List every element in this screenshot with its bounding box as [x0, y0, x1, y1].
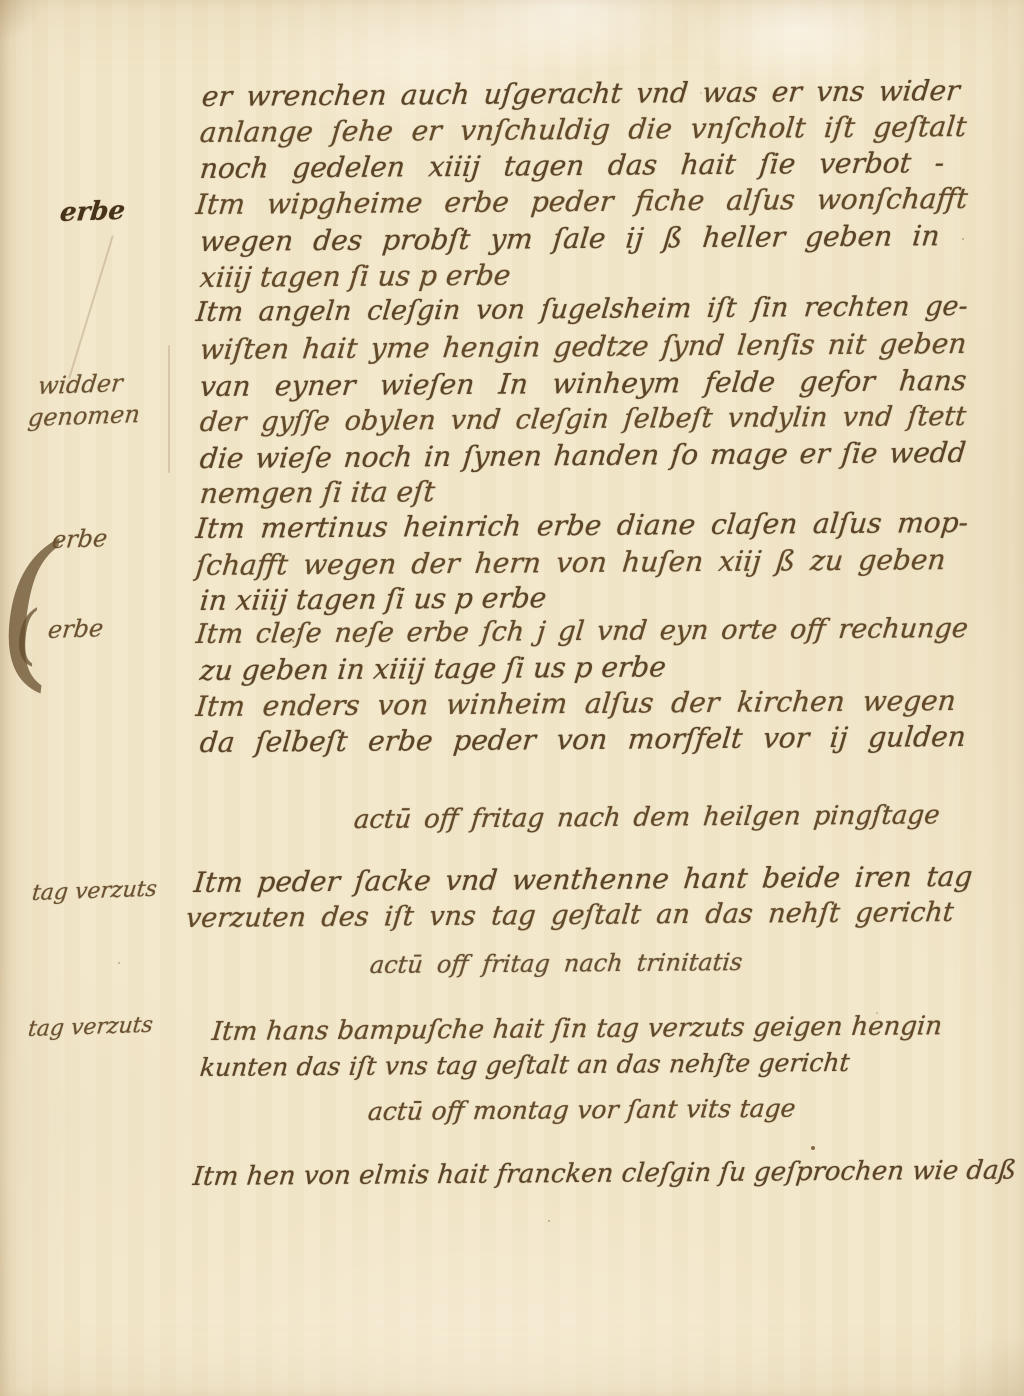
body-text-line: Itm peder ſacke vnd wenthenne hant beide… [193, 862, 974, 899]
body-text-line: Itm wipgheime erbe peder fiche alſus won… [195, 184, 970, 221]
body-text-line: noch gedelen xiiij tagen das hait ſie ve… [199, 148, 946, 185]
margin-note: erbe [51, 526, 109, 553]
body-text-line: Itm angeln cleſgin von ſugelsheim iſt ſi… [195, 292, 970, 328]
body-text-line: verzuten des iſt vns tag geſtalt an das … [185, 898, 956, 934]
body-text-line: wegen des probſt ym ſale ij ß heller geb… [199, 221, 941, 258]
margin-note: tag verzuts [31, 878, 158, 906]
margin-note: erbe [47, 616, 105, 643]
actum-date-line: actū off montag vor ſant vits tage [367, 1095, 797, 1126]
body-text-line: der gyſſe obylen vnd cleſgin ſelbeſt vnd… [199, 402, 968, 438]
body-text-line: ſchafft wegen der hern von huſen xiij ß … [195, 545, 948, 582]
body-text-line: da ſelbeſt erbe peder von morſfelt vor i… [199, 722, 968, 759]
actum-date-line: actū off fritag nach trinitatis [369, 949, 744, 978]
body-text-line: Itm cleſe neſe erbe ſch j gl vnd eyn ort… [195, 614, 970, 650]
body-text-line: in xiiij tagen ſi us p erbe [199, 583, 548, 617]
body-text-line: er wrenchen auch uſgeracht vnd was er vn… [201, 76, 962, 113]
body-text-line: xiiij tagen ſi us p erbe [199, 261, 512, 294]
body-text-line: wiſten hait yme hengin gedtze ſynd lenſi… [199, 329, 968, 366]
margin-note: widder [37, 371, 124, 399]
body-text-line: die wieſe noch in ſynen handen ſo mage e… [199, 438, 968, 475]
body-text-line: anlange ſehe er vnſchuldig die vnſcholt … [199, 112, 968, 149]
manuscript-scan: ( ( erbewiddergenomenerbeerbetag verzuts… [0, 0, 1024, 1396]
body-text-line: Itm enders von winheim alſus der kirchen… [195, 686, 958, 723]
margin-note: genomen [27, 402, 141, 431]
margin-note: erbe [59, 198, 127, 228]
body-text-line: Itm mertinus heinrich erbe diane claſen … [195, 508, 970, 545]
margin-note: tag verzuts [27, 1014, 154, 1042]
actum-date-line: actū off fritag nach dem heilgen pingſta… [353, 801, 941, 834]
body-text-line: van eyner wieſen In winheym felde gefor … [199, 366, 968, 403]
body-text-line: zu geben in xiiij tage ſi us p erbe [199, 652, 668, 686]
body-text-line: Itm hans bampuſche hait ſin tag verzuts … [211, 1012, 944, 1046]
body-text-line: nemgen ſi ita eſt [199, 477, 437, 510]
body-text-line: kunten das iſt vns tag geſtalt an das ne… [199, 1049, 851, 1082]
body-text-line: Itm hen von elmis hait francken cleſgin … [192, 1157, 1018, 1192]
